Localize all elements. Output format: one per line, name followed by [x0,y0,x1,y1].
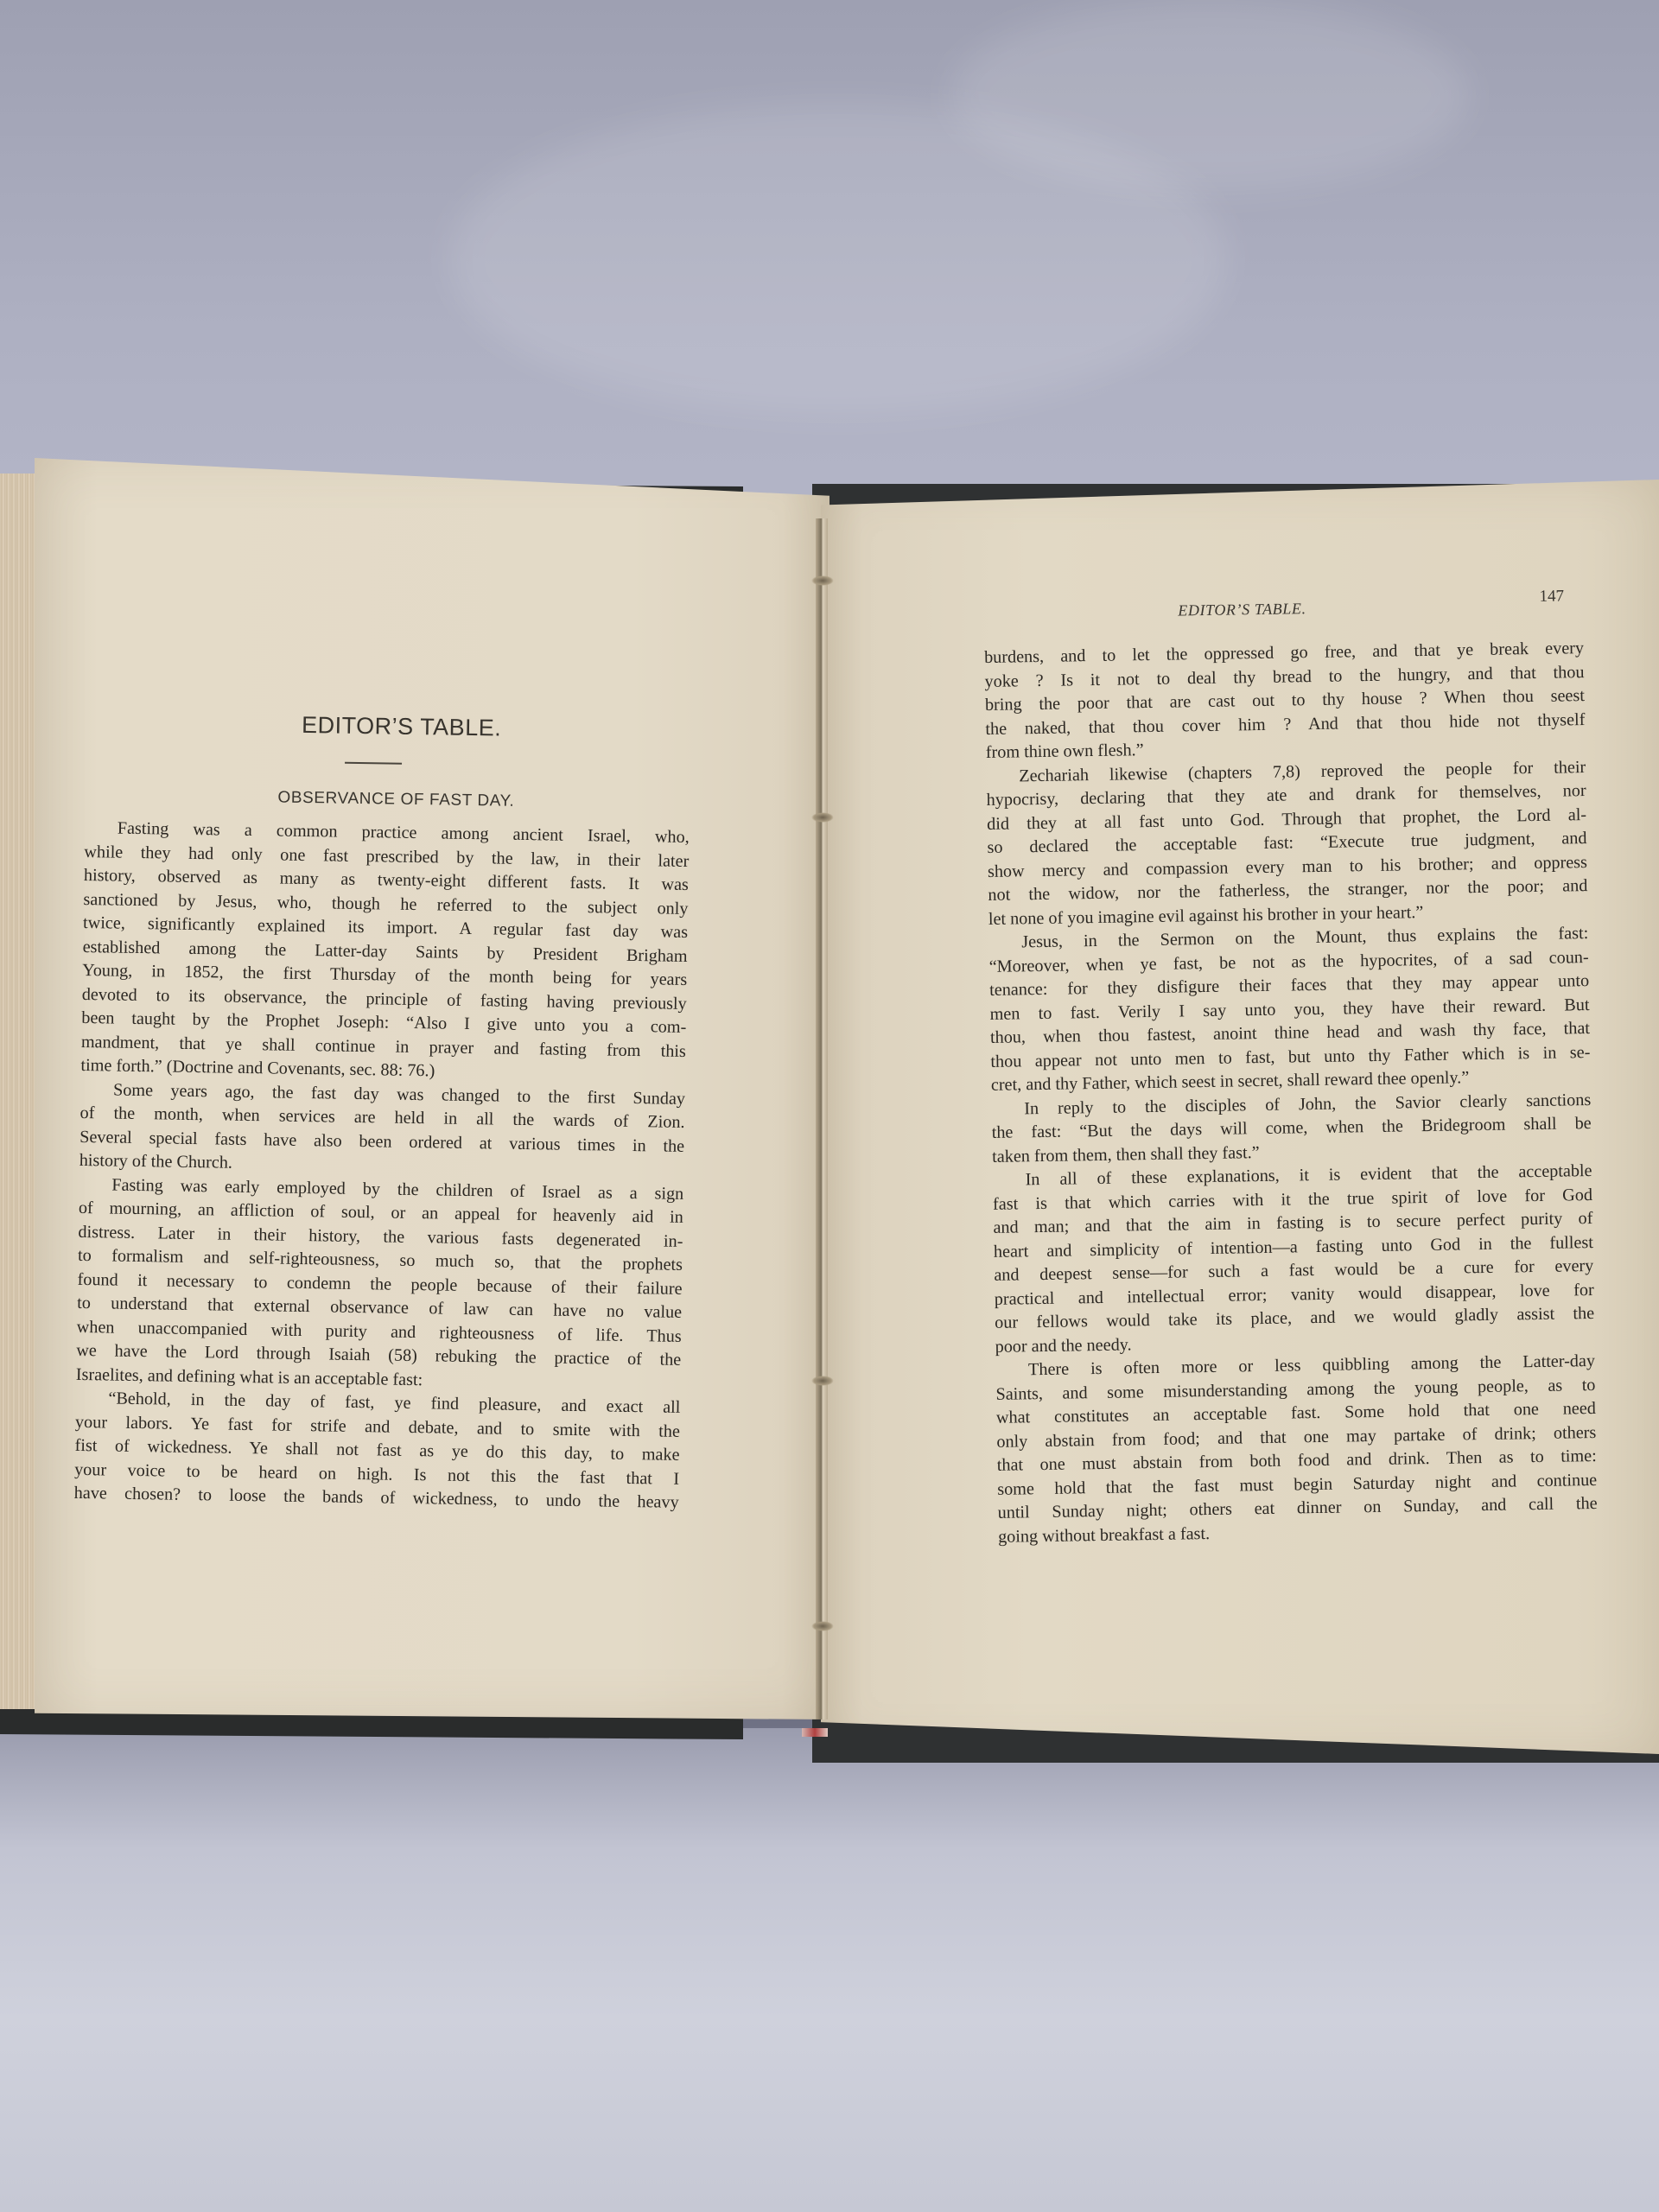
paragraph: In reply to the disciples of John, the S… [991,1089,1592,1169]
running-head-title: EDITOR’S TABLE. [1178,600,1306,620]
binding-stitch [811,1621,834,1631]
binding-stitch [811,812,834,823]
paragraph: “Behold, in the day of fast, ye find ple… [74,1387,681,1515]
left-page-content: EDITOR’S TABLE. OBSERVANCE OF FAST DAY. … [74,709,691,1515]
backdrop-lower [0,1728,1659,2212]
paragraph: burdens, and to let the oppressed go fre… [984,637,1586,765]
backdrop-fold-highlight [950,0,1469,190]
right-page-content: EDITOR’S TABLE. 147 burdens, and to let … [983,587,1598,1549]
page-number: 147 [1539,587,1564,606]
article-title: OBSERVANCE OF FAST DAY. [102,785,690,814]
paragraph: Jesus, in the Sermon on the Mount, thus … [988,922,1591,1097]
paragraph: In all of these explanations, it is evid… [992,1160,1594,1359]
paragraph: Fasting was a common practice among anci… [80,817,690,1087]
page-edge-red-tint [802,1728,828,1737]
paragraph: Some years ago, the fast day was changed… [79,1077,686,1182]
paragraph: Fasting was early employed by the childr… [76,1173,684,1395]
left-page-body: Fasting was a common practice among anci… [74,817,690,1515]
book-spine-gutter [816,518,828,1719]
paragraph: There is often more or less quibbling am… [995,1350,1598,1549]
paragraph: Zechariah likewise (chapters 7,8) reprov… [986,756,1588,931]
binding-stitch [811,1376,834,1386]
title-divider [345,762,402,765]
binding-stitch [811,575,834,586]
right-page-body: burdens, and to let the oppressed go fre… [984,637,1598,1549]
